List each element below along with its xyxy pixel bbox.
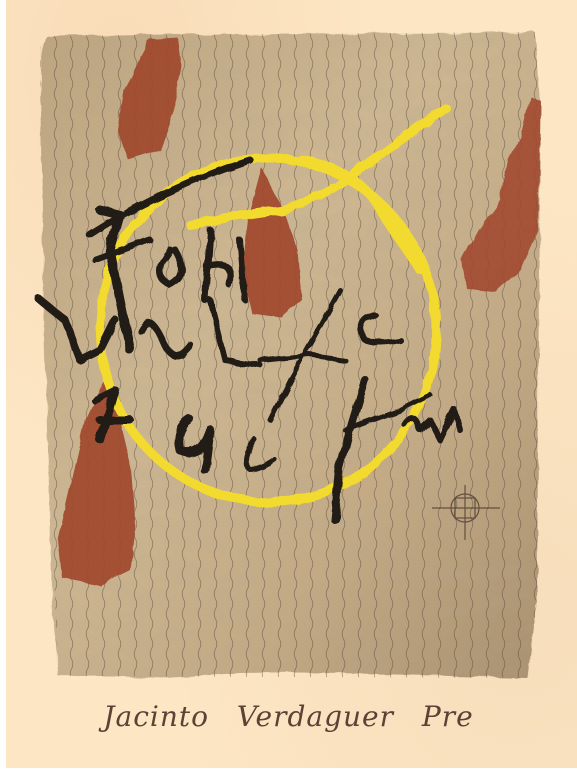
artist-signature: Jacinto Verdaguer Pre — [0, 700, 577, 733]
artwork-canvas — [0, 0, 577, 775]
